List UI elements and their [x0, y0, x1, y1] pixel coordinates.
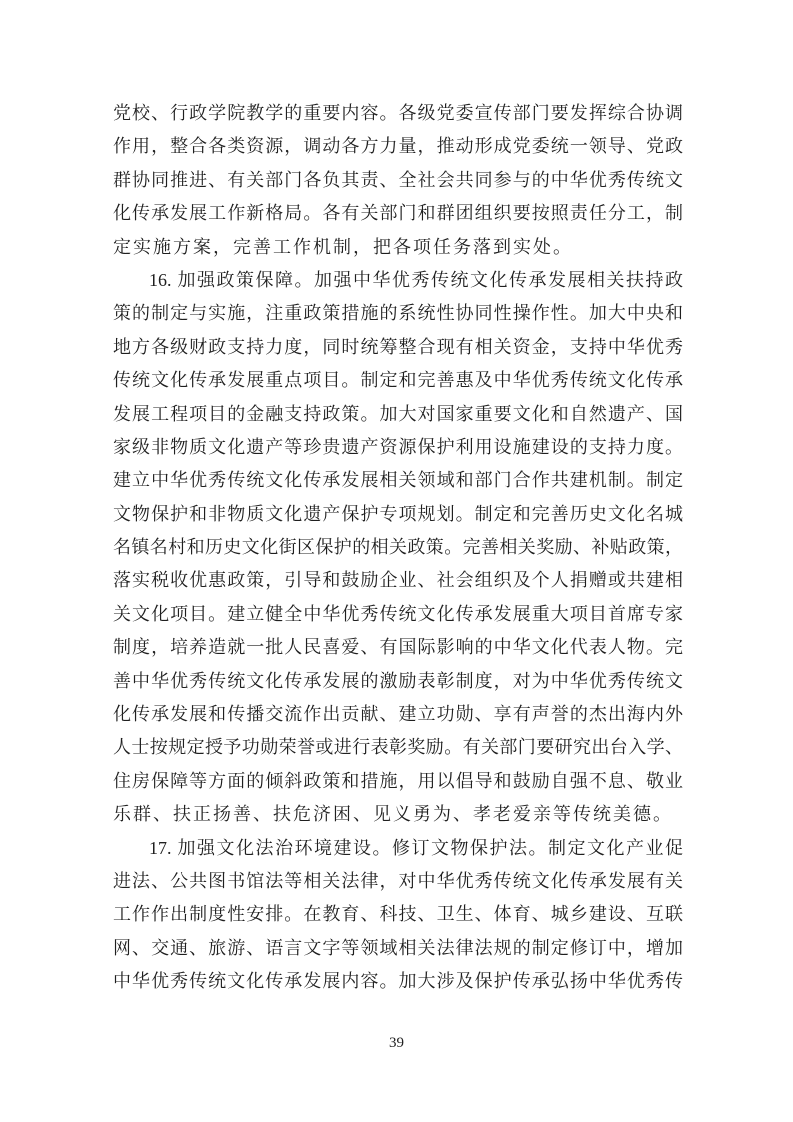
text-line: 家级非物质文化遗产等珍贵遗产资源保护利用设施建设的支持力度。 [113, 431, 683, 464]
text-line: 工作作出制度性安排。在教育、科技、卫生、体育、城乡建设、互联 [113, 898, 683, 931]
text-line: 人士按规定授予功勋荣誉或进行表彰奖励。有关部门要研究出台入学、 [113, 731, 683, 764]
paragraph: 17. 加强文化法治环境建设。修订文物保护法。制定文化产业促进法、公共图书馆法等… [113, 832, 683, 999]
text-line: 传统文化传承发展重点项目。制定和完善惠及中华优秀传统文化传承 [113, 364, 683, 397]
text-line: 网、交通、旅游、语言文字等领域相关法律法规的制定修订中，增加 [113, 932, 683, 965]
paragraph: 党校、行政学院教学的重要内容。各级党委宣传部门要发挥综合协调作用，整合各类资源，… [113, 97, 683, 264]
document-body: 党校、行政学院教学的重要内容。各级党委宣传部门要发挥综合协调作用，整合各类资源，… [113, 97, 683, 999]
text-line: 16. 加强政策保障。加强中华优秀传统文化传承发展相关扶持政 [113, 264, 683, 297]
text-line: 发展工程项目的金融支持政策。加大对国家重要文化和自然遗产、国 [113, 398, 683, 431]
text-line: 住房保障等方面的倾斜政策和措施，用以倡导和鼓励自强不息、敬业 [113, 765, 683, 798]
text-line: 化传承发展工作新格局。各有关部门和群团组织要按照责任分工，制 [113, 197, 683, 230]
text-line: 制度，培养造就一批人民喜爱、有国际影响的中华文化代表人物。完 [113, 631, 683, 664]
text-line: 化传承发展和传播交流作出贡献、建立功勋、享有声誉的杰出海内外 [113, 698, 683, 731]
text-line: 文物保护和非物质文化遗产保护专项规划。制定和完善历史文化名城 [113, 498, 683, 531]
text-line: 进法、公共图书馆法等相关法律，对中华优秀传统文化传承发展有关 [113, 865, 683, 898]
text-line: 关文化项目。建立健全中华优秀传统文化传承发展重大项目首席专家 [113, 598, 683, 631]
text-line: 名镇名村和历史文化街区保护的相关政策。完善相关奖励、补贴政策， [113, 531, 683, 564]
text-line: 作用，整合各类资源，调动各方力量，推动形成党委统一领导、党政 [113, 130, 683, 163]
text-line: 乐群、扶正扬善、扶危济困、见义勇为、孝老爱亲等传统美德。 [113, 798, 683, 831]
text-line: 善中华优秀传统文化传承发展的激励表彰制度，对为中华优秀传统文 [113, 665, 683, 698]
text-line: 地方各级财政支持力度，同时统筹整合现有相关资金，支持中华优秀 [113, 331, 683, 364]
text-line: 中华优秀传统文化传承发展内容。加大涉及保护传承弘扬中华优秀传 [113, 965, 683, 998]
text-line: 建立中华优秀传统文化传承发展相关领域和部门合作共建机制。制定 [113, 464, 683, 497]
page-number: 39 [0, 1033, 793, 1053]
text-line: 群协同推进、有关部门各负其责、全社会共同参与的中华优秀传统文 [113, 164, 683, 197]
text-line: 党校、行政学院教学的重要内容。各级党委宣传部门要发挥综合协调 [113, 97, 683, 130]
paragraph: 16. 加强政策保障。加强中华优秀传统文化传承发展相关扶持政策的制定与实施，注重… [113, 264, 683, 832]
text-line: 17. 加强文化法治环境建设。修订文物保护法。制定文化产业促 [113, 832, 683, 865]
document-page: 党校、行政学院教学的重要内容。各级党委宣传部门要发挥综合协调作用，整合各类资源，… [0, 0, 793, 1122]
text-line: 策的制定与实施，注重政策措施的系统性协同性操作性。加大中央和 [113, 297, 683, 330]
text-line: 落实税收优惠政策，引导和鼓励企业、社会组织及个人捐赠或共建相 [113, 564, 683, 597]
text-line: 定实施方案，完善工作机制，把各项任务落到实处。 [113, 231, 683, 264]
